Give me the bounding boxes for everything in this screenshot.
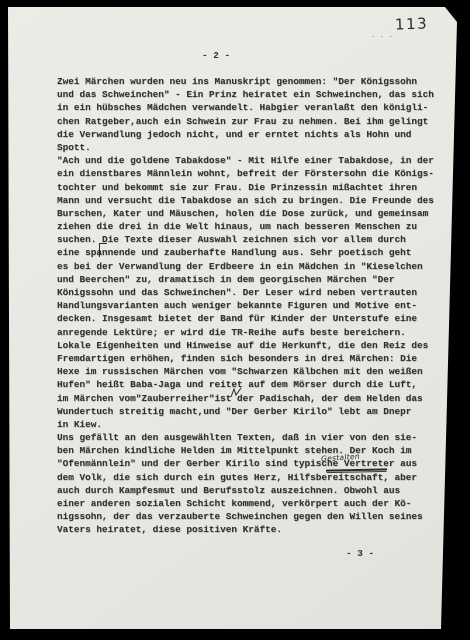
page-header-number: - 2 - (202, 50, 230, 61)
typed-line: eine spannende und zauberhafte Handlung … (57, 246, 447, 259)
typed-line: und Beerchen" zu, dramatisch in dem geor… (57, 273, 447, 286)
typed-line: Fremdartigen erhöhen, finden sich besond… (57, 352, 447, 365)
typed-line: Uns gefällt an den ausgewählten Texten, … (57, 431, 447, 444)
typed-line: Burschen, Kater und Mäuschen, holen die … (57, 207, 447, 220)
scanned-document: 113 - - - - 2 - Zwei Märchen wurden neu … (0, 0, 470, 640)
typed-line: Zwei Märchen wurden neu ins Manuskript g… (57, 75, 447, 88)
typed-line: Handlungsvarianten auch weniger bekannte… (57, 299, 447, 312)
typed-line: in Kiew. (57, 418, 447, 431)
typed-line: ein dienstbares Männlein wohnt, befreit … (57, 167, 447, 180)
typed-line: "Ach und die goldene Tabakdose" - Mit Hi… (57, 154, 447, 167)
typed-line: decken. Insgesamt bietet der Band für Ki… (57, 312, 447, 325)
typed-line: ben Märchen kindliche Helden im Mittelpu… (57, 444, 447, 457)
typed-line: die Verwandlung jedoch nicht, und er ern… (57, 128, 447, 141)
typed-line: Hexe im russischen Märchen vom "Schwarze… (57, 365, 447, 378)
typed-line: dem Volk, die sich durch ein gutes Herz,… (57, 471, 447, 484)
typed-line: Wundertuch streitig macht,und "Der Gerbe… (57, 405, 447, 418)
insertion-caret-mark (230, 386, 243, 398)
typed-line: Mann und versucht die Tabakdose an sich … (57, 194, 447, 207)
typed-line: ziehen die drei in die Welt hinaus, um n… (57, 220, 447, 233)
typed-text-body: Zwei Märchen wurden neu ins Manuskript g… (57, 75, 447, 537)
page-footer-number: - 3 - (346, 548, 374, 559)
typed-line: "Ofenmännlein" und der Gerber Kirilo sin… (57, 457, 447, 470)
pencil-dashes: - - - (372, 33, 394, 41)
typed-line: anregende Lektüre; er wird die TR-Reihe … (57, 326, 447, 339)
typed-line: Lokale Eigenheiten und Hinweise auf die … (57, 339, 447, 352)
typed-line: Vaters heiratet, diese positiven Kräfte. (57, 523, 447, 536)
typed-line: in ein hübsches Mädchen verwandelt. Habg… (57, 101, 447, 114)
typed-line: und das Schweinchen" - Ein Prinz heirate… (57, 88, 447, 101)
typed-line: chen Ratgeber,auch ein Schwein zur Frau … (57, 115, 447, 128)
insertion-bracket-mark (99, 243, 107, 257)
typed-line: suchen. Die Texte dieser Auswahl zeichne… (57, 233, 447, 246)
typed-line: Hufen" heißt Baba-Jaga und reitet auf de… (57, 378, 447, 391)
typed-line: nigssohn, der das verzauberte Schweinche… (57, 510, 447, 523)
typed-line: tochter und bekommt sie zur Frau. Die Pr… (57, 181, 447, 194)
page-number-stamp: 113 (395, 14, 429, 33)
typed-line: auch durch Kampfesmut und Berufsstolz au… (57, 484, 447, 497)
typed-line: einer anderen sozialen Schicht kommend, … (57, 497, 447, 510)
typed-line: Königssohn und das Schweinchen". Der Les… (57, 286, 447, 299)
typed-line: Spott. (57, 141, 447, 154)
typed-line: es bei der Verwandlung der Erdbeere in e… (57, 260, 447, 273)
typed-line: im Märchen vom"Zauberreiher"ist der Padi… (57, 392, 447, 405)
